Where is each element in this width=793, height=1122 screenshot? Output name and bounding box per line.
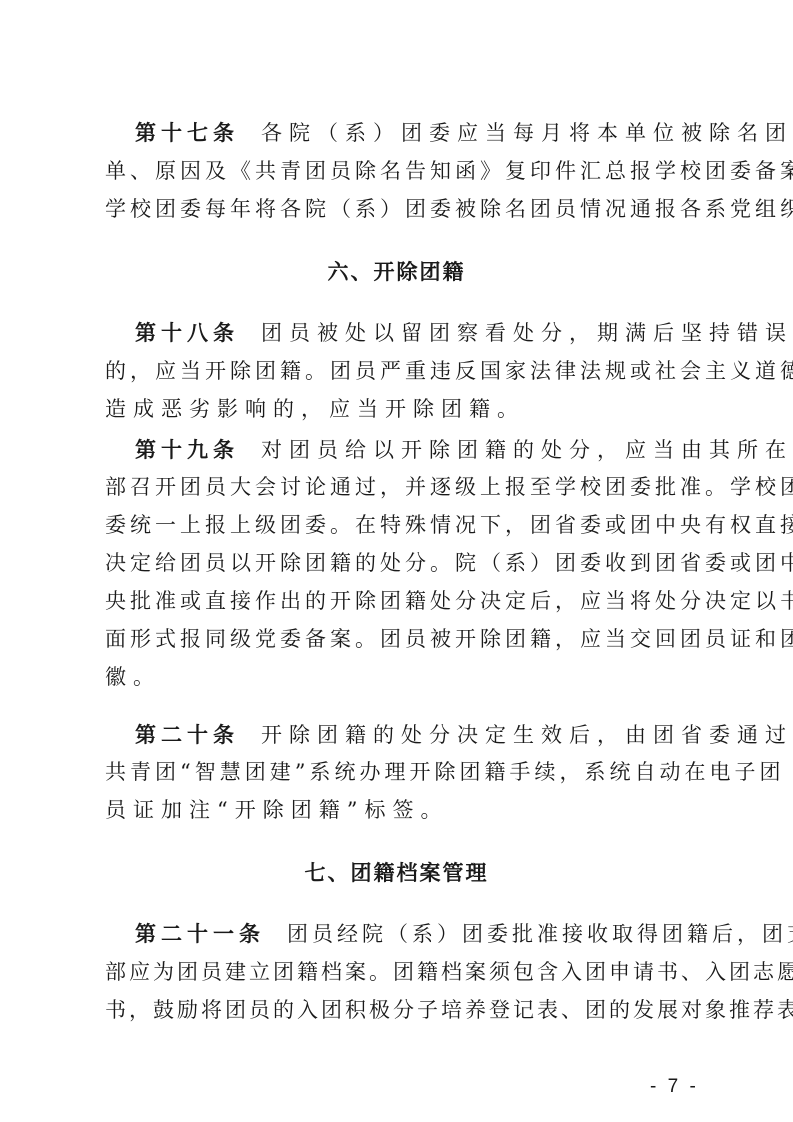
article-20-line-1: 第二十条开除团籍的处分决定生效后，由团省委通过广东 — [105, 720, 705, 750]
article-21-line-3: 书，鼓励将团员的入团积极分子培养登记表、团的发展对象推荐表、 — [105, 995, 705, 1025]
article-17-line-2: 单、原因及《共青团员除名告知函》复印件汇总报学校团委备案。 — [105, 156, 705, 186]
article-17-label: 第十七条 — [135, 121, 239, 145]
article-19-line-2: 部召开团员大会讨论通过，并逐级上报至学校团委批准。学校团 — [105, 472, 705, 502]
article-19-line-1: 第十九条对团员给以开除团籍的处分，应当由其所在团支 — [105, 435, 705, 465]
article-21-label: 第二十一条 — [135, 922, 265, 946]
article-21-line-2: 部应为团员建立团籍档案。团籍档案须包含入团申请书、入团志愿 — [105, 957, 705, 987]
article-17-line-3: 学校团委每年将各院（系）团委被除名团员情况通报各系党组织。 — [105, 194, 705, 224]
article-20-line-2: 共青团“智慧团建”系统办理开除团籍手续，系统自动在电子团 — [105, 757, 705, 787]
section-heading-7: 七、团籍档案管理 — [0, 858, 793, 888]
article-19-line-7: 徽。 — [105, 662, 705, 692]
article-20-label: 第二十条 — [135, 723, 239, 747]
article-18-line-3: 造成恶劣影响的，应当开除团籍。 — [105, 394, 705, 424]
page-number: - 7 - — [650, 1076, 699, 1098]
section-heading-6: 六、开除团籍 — [0, 257, 793, 287]
article-18-line-1: 第十八条团员被处以留团察看处分，期满后坚持错误不改 — [105, 318, 705, 348]
article-19-line-5: 央批准或直接作出的开除团籍处分决定后，应当将处分决定以书 — [105, 586, 705, 616]
article-18-line-2: 的，应当开除团籍。团员严重违反国家法律法规或社会主义道德， — [105, 356, 705, 386]
article-20-line-3: 员证加注“开除团籍”标签。 — [105, 795, 705, 825]
article-19-line-6: 面形式报同级党委备案。团员被开除团籍，应当交回团员证和团 — [105, 624, 705, 654]
article-18-label: 第十八条 — [135, 321, 239, 345]
article-19-line-4: 决定给团员以开除团籍的处分。院（系）团委收到团省委或团中 — [105, 548, 705, 578]
article-21-line-1: 第二十一条团员经院（系）团委批准接收取得团籍后，团支 — [105, 919, 705, 949]
article-19-label: 第十九条 — [135, 438, 239, 462]
article-17-line-1: 第十七条各院（系）团委应当每月将本单位被除名团员名 — [105, 118, 705, 148]
article-19-line-3: 委统一上报上级团委。在特殊情况下，团省委或团中央有权直接 — [105, 510, 705, 540]
